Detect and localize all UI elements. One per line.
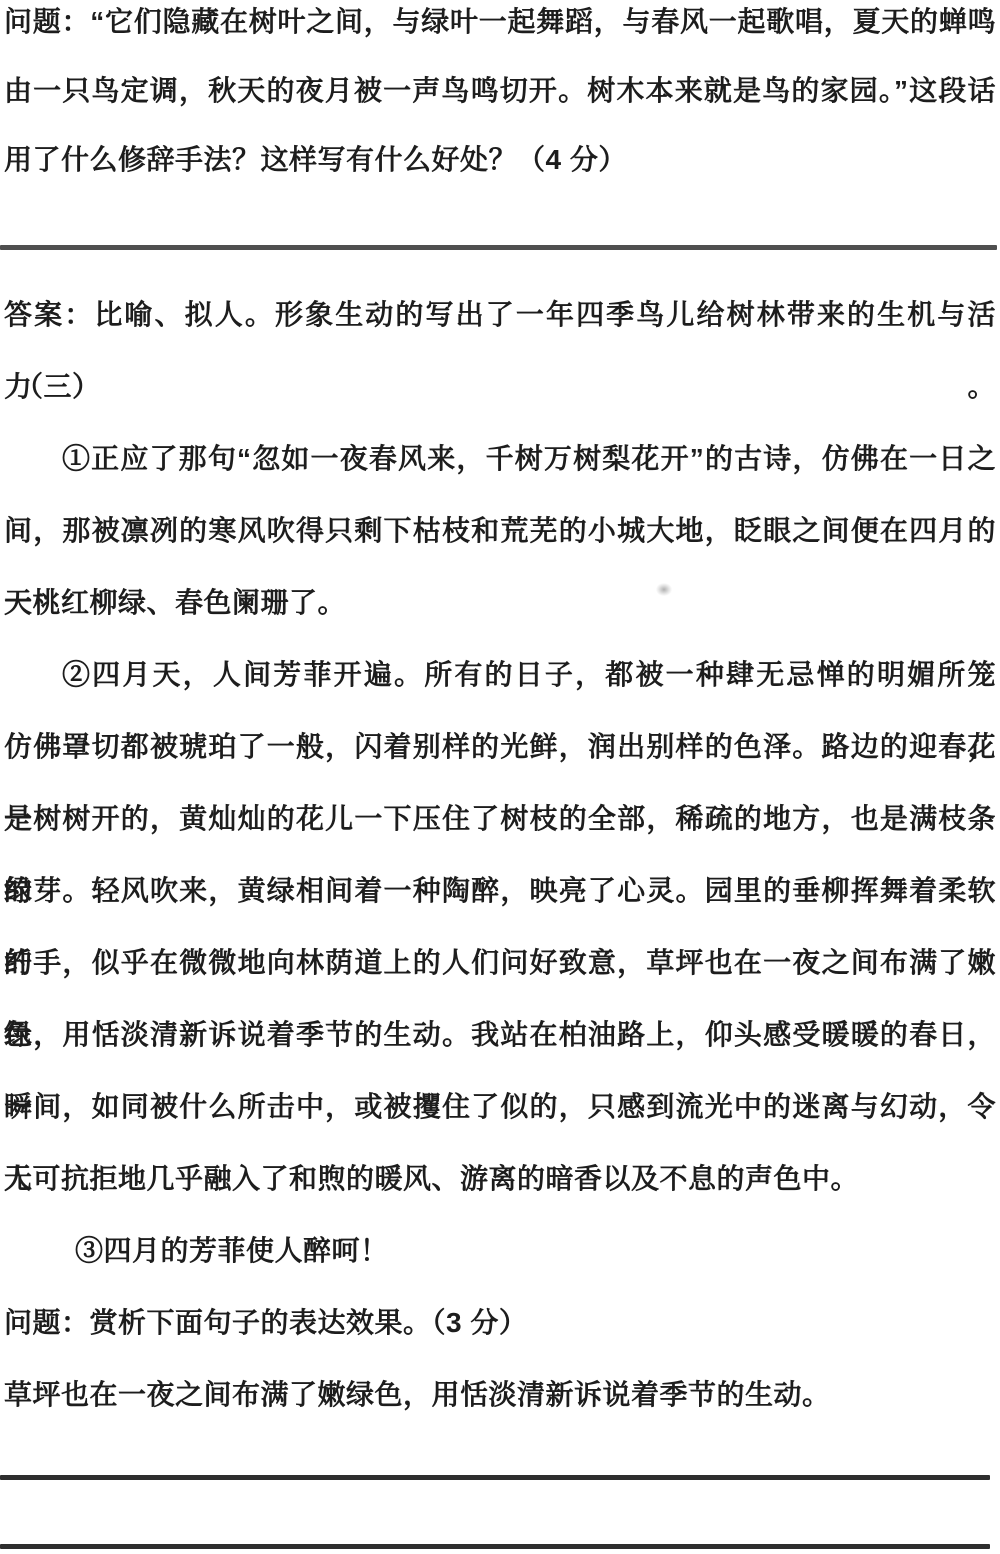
question-1-line: 用了什么修辞手法？这样写有什么好处？（4 分） bbox=[4, 125, 996, 194]
quoted-sentence-line: 草坪也在一夜之间布满了嫩绿色，用恬淡清新诉说着季节的生动。 bbox=[4, 1359, 996, 1431]
question-1-line: 问题：“它们隐藏在树叶之间，与绿叶一起舞蹈，与春风一起歌唱，夏天的蝉鸣 bbox=[4, 0, 996, 56]
passage-line: 无可抗拒地几乎融入了和煦的暖风、游离的暗香以及不息的声色中。 bbox=[4, 1143, 996, 1215]
question-1-block: 问题：“它们隐藏在树叶之间，与绿叶一起舞蹈，与春风一起歌唱，夏天的蝉鸣 由一只鸟… bbox=[4, 0, 996, 194]
passage-line: 仿佛一切都被琥珀了一般，闪着别样的光鲜，润出别样的色泽。路边的迎春花是 bbox=[4, 711, 996, 783]
worksheet-page: 问题：“它们隐藏在树叶之间，与绿叶一起舞蹈，与春风一起歌唱，夏天的蝉鸣 由一只鸟… bbox=[0, 0, 1000, 1541]
passage-line: 间，那被凛冽的寒风吹得只剩下枯枝和荒芜的小城大地，眨眼之间便在四月的一 bbox=[4, 495, 996, 567]
question-2-line: 问题：赏析下面句子的表达效果。（3 分） bbox=[4, 1287, 996, 1359]
question-1-line: 由一只鸟定调，秋天的夜月被一声鸟鸣切开。树木本来就是鸟的家园。”这段话 bbox=[4, 56, 996, 125]
answer-blank-line bbox=[0, 1475, 990, 1480]
passage-paragraph-3: ③四月的芳菲使人醉呵！ bbox=[4, 1215, 996, 1287]
passage-line: 一树树开的，黄灿灿的花儿一下压住了树枝的全部，稀疏的地方，也是满枝条的 bbox=[4, 783, 996, 855]
passage-line: 纤手，似乎在微微地向林荫道上的人们问好致意，草坪也在一夜之间布满了嫩绿 bbox=[4, 927, 996, 999]
passage-paragraph-1: ①正应了那句“忽如一夜春风来，千树万树梨花开”的古诗，仿佛在一日之 间，那被凛冽… bbox=[4, 423, 996, 639]
answer-divider-line bbox=[0, 245, 997, 250]
answer-1-line: 答案：比喻、拟人。形象生动的写出了一年四季鸟儿给树林带来的生机与活力。 bbox=[4, 279, 996, 351]
passage-paragraph-2: ②四月天，人间芳菲开遍。所有的日子，都被一种肆无忌惮的明媚所笼罩， 仿佛一切都被… bbox=[4, 639, 996, 1215]
passage-line: ②四月天，人间芳菲开遍。所有的日子，都被一种肆无忌惮的明媚所笼罩， bbox=[4, 639, 996, 711]
passage-line: 绿芽。轻风吹来，黄绿相间着一种陶醉，映亮了心灵。园里的垂柳挥舞着柔软的 bbox=[4, 855, 996, 927]
passage-line: 瞬间，如同被什么所击中，或被攫住了似的，只感到流光中的迷离与幻动，令人 bbox=[4, 1071, 996, 1143]
passage-line: 色，用恬淡清新诉说着季节的生动。我站在柏油路上，仰头感受暖暖的春日，一 bbox=[4, 999, 996, 1071]
answer-blank-line bbox=[0, 1544, 990, 1549]
passage-line: ①正应了那句“忽如一夜春风来，千树万树梨花开”的古诗，仿佛在一日之 bbox=[4, 423, 996, 495]
passage-line: 天桃红柳绿、春色阑珊了。 bbox=[4, 567, 996, 639]
